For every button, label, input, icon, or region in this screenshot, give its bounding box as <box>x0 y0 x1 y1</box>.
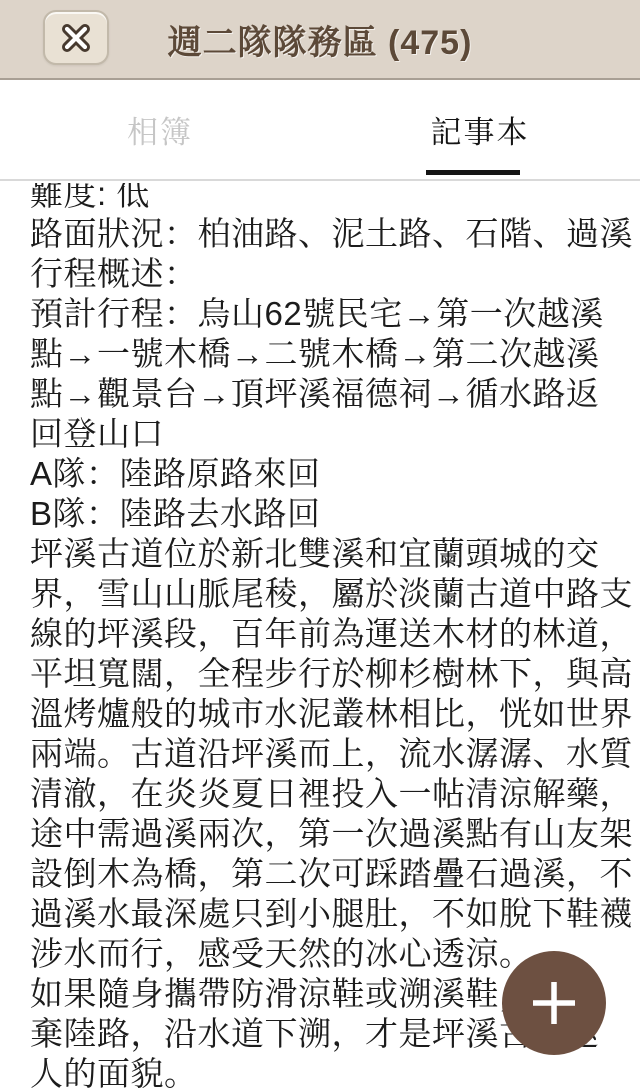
active-tab-underline <box>426 170 520 175</box>
note-line: 預計行程：烏山62號民宅→第一次越溪 <box>30 294 640 334</box>
note-line: 清澈，在炎炎夏日裡投入一帖清涼解藥， <box>30 774 640 814</box>
note-line: 設倒木為橋，第二次可踩踏疊石過溪，不 <box>30 854 640 894</box>
note-line: A隊：陸路原路來回 <box>30 454 640 494</box>
note-line: 回登山口 <box>30 414 640 454</box>
note-line: B隊：陸路去水路回 <box>30 494 640 534</box>
tab-bar: 相簿 記事本 <box>0 80 640 181</box>
note-line: 難度: 低 <box>30 183 640 214</box>
note-line: 界，雪山山脈尾稜，屬於淡蘭古道中路支 <box>30 574 640 614</box>
close-button[interactable] <box>43 10 109 65</box>
note-line: 溫烤爐般的城市水泥叢林相比，恍如世界 <box>30 694 640 734</box>
close-icon <box>57 19 95 57</box>
plus-icon <box>530 979 578 1027</box>
group-board-screen: 週二隊隊務區 (475) 相簿 記事本 難度: 低路面狀況：柏油路、泥土路、石階… <box>0 0 640 1090</box>
note-line: 點→一號木橋→二號木橋→第二次越溪 <box>30 334 640 374</box>
note-line: 點→觀景台→頂坪溪福德祠→循水路返 <box>30 374 640 414</box>
note-line: 人的面貌。 <box>30 1054 640 1090</box>
header: 週二隊隊務區 (475) <box>0 0 640 80</box>
tab-album[interactable]: 相簿 <box>0 80 320 179</box>
tab-notebook[interactable]: 記事本 <box>320 80 640 179</box>
note-line: 線的坪溪段，百年前為運送木材的林道， <box>30 614 640 654</box>
note-line: 途中需過溪兩次，第一次過溪點有山友架 <box>30 814 640 854</box>
note-line: 平坦寬闊，全程步行於柳杉樹林下，與高 <box>30 654 640 694</box>
add-note-fab[interactable] <box>502 951 606 1055</box>
note-line: 過溪水最深處只到小腿肚，不如脫下鞋襪 <box>30 894 640 934</box>
note-line: 路面狀況：柏油路、泥土路、石階、過溪 <box>30 214 640 254</box>
note-line: 兩端。古道沿坪溪而上，流水潺潺、水質 <box>30 734 640 774</box>
note-line: 坪溪古道位於新北雙溪和宜蘭頭城的交 <box>30 534 640 574</box>
note-line: 行程概述： <box>30 254 640 294</box>
